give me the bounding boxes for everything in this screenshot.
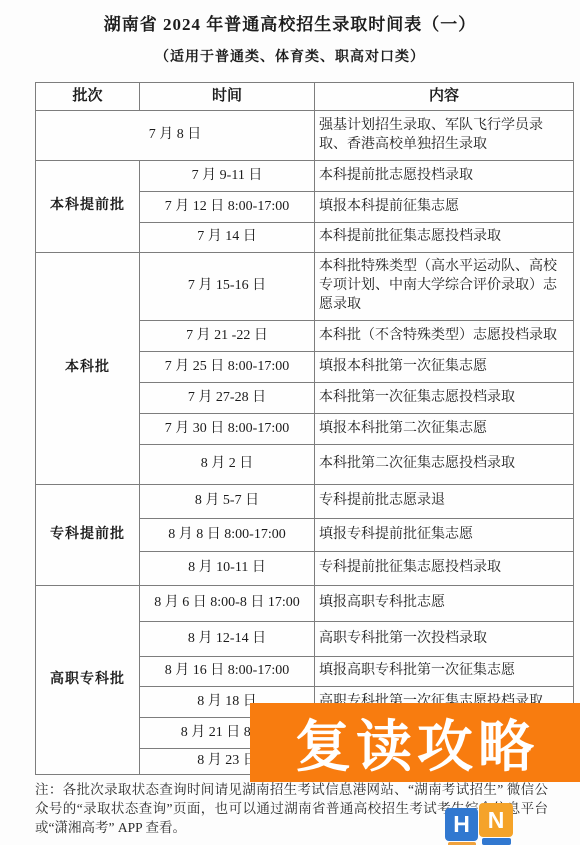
time-cell: 7 月 15-16 日 [140,253,315,321]
time-cell: 8 月 12-14 日 [140,622,315,657]
batch-cell: 高职专科批 [36,586,140,775]
table-row: 高职专科批 8 月 6 日 8:00-8 日 17:00 填报高职专科批志愿 [36,586,574,622]
content-cell: 本科批特殊类型（高水平运动队、高校专项计划、中南大学综合评价录取）志愿录取 [315,253,574,321]
time-cell: 7 月 25 日 8:00-17:00 [140,352,315,383]
hn-logo-h-tile: H [445,808,478,841]
hn-logo-blue-bar [482,838,511,845]
document-page: 湖南省 2024 年普通高校招生录取时间表（一） （适用于普通类、体育类、职高对… [0,0,580,845]
content-cell: 填报高职专科批第一次征集志愿 [315,657,574,687]
content-cell: 填报专科提前批征集志愿 [315,519,574,552]
content-cell: 本科提前批征集志愿投档录取 [315,223,574,253]
page-title: 湖南省 2024 年普通高校招生录取时间表（一） [0,10,580,35]
content-cell: 强基计划招生录取、军队飞行学员录取、香港高校单独招生录取 [315,111,574,161]
time-cell: 7 月 21 -22 日 [140,321,315,352]
time-cell: 7 月 9-11 日 [140,161,315,192]
header-row: 批次 时间 内容 [36,83,574,111]
content-cell: 本科批第一次征集志愿投档录取 [315,383,574,414]
col-header-batch: 批次 [36,83,140,111]
batch-cell: 本科批 [36,253,140,485]
time-cell: 8 月 5-7 日 [140,485,315,519]
content-cell: 高职专科批第一次投档录取 [315,622,574,657]
content-cell: 专科提前批征集志愿投档录取 [315,552,574,586]
col-header-content: 内容 [315,83,574,111]
col-header-time: 时间 [140,83,315,111]
batch-cell: 专科提前批 [36,485,140,586]
promo-banner-text: 复读攻略 [295,703,539,783]
table-row: 7 月 8 日 强基计划招生录取、军队飞行学员录取、香港高校单独招生录取 [36,111,574,161]
table-row: 本科批 7 月 15-16 日 本科批特殊类型（高水平运动队、高校专项计划、中南… [36,253,574,321]
content-cell: 本科批第二次征集志愿投档录取 [315,445,574,485]
hn-logo: H N [444,802,516,845]
time-cell: 8 月 10-11 日 [140,552,315,586]
content-cell: 填报本科批第一次征集志愿 [315,352,574,383]
time-cell: 7 月 12 日 8:00-17:00 [140,192,315,223]
table-row: 专科提前批 8 月 5-7 日 专科提前批志愿录退 [36,485,574,519]
page-subtitle: （适用于普通类、体育类、职高对口类） [0,46,580,66]
content-cell: 专科提前批志愿录退 [315,485,574,519]
hn-logo-n-tile: N [479,803,513,837]
admission-schedule-table: 批次 时间 内容 7 月 8 日 强基计划招生录取、军队飞行学员录取、香港高校单… [35,82,574,775]
time-cell: 7 月 27-28 日 [140,383,315,414]
table-row: 本科提前批 7 月 9-11 日 本科提前批志愿投档录取 [36,161,574,192]
content-cell: 本科提前批志愿投档录取 [315,161,574,192]
time-cell: 8 月 8 日 8:00-17:00 [140,519,315,552]
content-cell: 填报本科批第二次征集志愿 [315,414,574,445]
content-cell: 填报本科提前征集志愿 [315,192,574,223]
time-cell: 7 月 8 日 [36,111,315,161]
time-cell: 8 月 6 日 8:00-8 日 17:00 [140,586,315,622]
batch-cell: 本科提前批 [36,161,140,253]
time-cell: 7 月 14 日 [140,223,315,253]
content-cell: 填报高职专科批志愿 [315,586,574,622]
time-cell: 8 月 2 日 [140,445,315,485]
time-cell: 7 月 30 日 8:00-17:00 [140,414,315,445]
time-cell: 8 月 16 日 8:00-17:00 [140,657,315,687]
promo-banner: 复读攻略 [250,703,580,782]
content-cell: 本科批（不含特殊类型）志愿投档录取 [315,321,574,352]
